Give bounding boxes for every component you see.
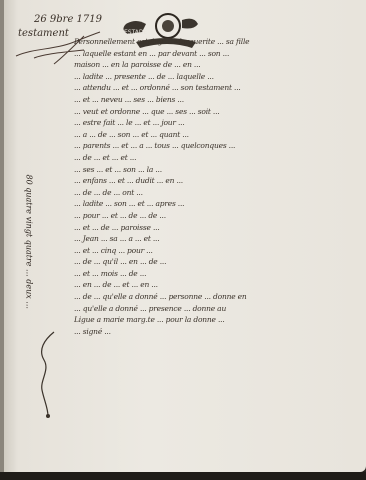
body-line: ... parents ... et ... a ... tous ... qu… <box>74 140 359 152</box>
body-line: ... laquelle estant en ... par devant ..… <box>74 48 359 60</box>
body-line: ... ladite ... presente ... de ... laque… <box>74 71 359 83</box>
margin-note: 80 quatre vingt quatre ... deux ... <box>25 175 34 345</box>
body-line: ... Jean ... sa ... a ... et ... <box>74 233 359 245</box>
body-line: ... attendu ... et ... ordonné ... son t… <box>74 82 359 94</box>
body-line: ... de ... qu'il ... en ... de ... <box>74 256 359 268</box>
body-line: ... signé ... <box>74 326 359 338</box>
body-line: Ligue a marie marg.te ... pour la donne … <box>74 314 359 326</box>
body-line: Personnellement estably ... Marguerite .… <box>74 36 359 48</box>
body-line: ... estre fait ... le ... et ... jour ..… <box>74 117 359 129</box>
body-line: ... et ... de ... paroisse ... <box>74 222 359 234</box>
body-line: maison ... en la paroisse de ... en ... <box>74 59 359 71</box>
body-line: ... et ... neveu ... ses ... biens ... <box>74 94 359 106</box>
body-line: ... qu'elle a donné ... presence ... don… <box>74 303 359 315</box>
stamp-text: ESTADE <box>124 29 148 36</box>
body-line: ... a ... de ... son ... et ... quant ..… <box>74 129 359 141</box>
body-line: ... de ... qu'elle a donné ... personne … <box>74 291 359 303</box>
body-line: ... ladite ... son ... et ... apres ... <box>74 198 359 210</box>
body-line: ... de ... de ... ont ... <box>74 187 359 199</box>
document-date: 26 9bre 1719 <box>34 14 102 25</box>
document-body: Personnellement estably ... Marguerite .… <box>74 36 359 337</box>
body-line: ... veut et ordonne ... que ... ses ... … <box>74 106 359 118</box>
body-line: ... et ... cinq ... pour ... <box>74 245 359 257</box>
body-line: ... ses ... et ... son ... la ... <box>74 164 359 176</box>
body-line: ... et ... mois ... de ... <box>74 268 359 280</box>
document-page: 26 9bre 1719 testament ESTADE Personnell… <box>4 0 366 472</box>
body-line: ... en ... de ... et ... en ... <box>74 279 359 291</box>
background-shadow <box>0 472 366 480</box>
ribbon-string-icon <box>34 330 64 420</box>
body-line: ... enfans ... et ... dudit ... en ... <box>74 175 359 187</box>
body-line: ... pour ... et ... de ... de ... <box>74 210 359 222</box>
body-line: ... de ... et ... et ... <box>74 152 359 164</box>
